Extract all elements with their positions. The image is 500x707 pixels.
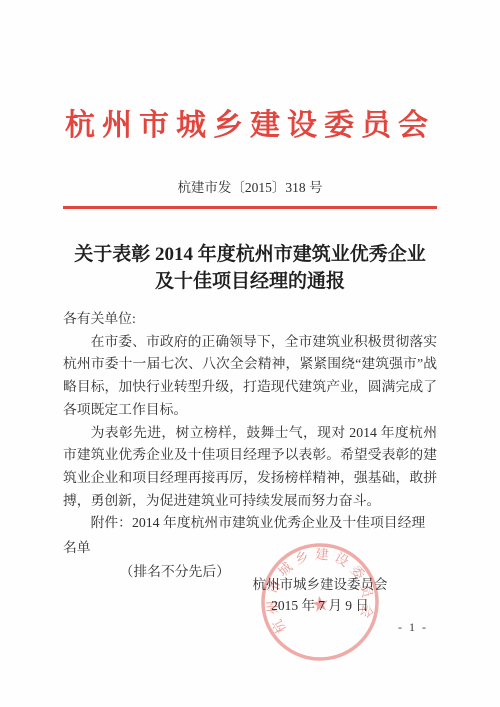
- body-paragraph-1: 在市委、市政府的正确领导下，全市建筑业积极贯彻落实杭州市委十一届七次、八次全会精…: [63, 331, 437, 422]
- document-number: 杭建市发〔2015〕318 号: [0, 176, 500, 196]
- signature-block: 杭州市城乡建设委员会 2015 年 7 月 9 日: [245, 574, 395, 616]
- issuer-header: 杭州市城乡建设委员会: [0, 100, 500, 144]
- signature-organization: 杭州市城乡建设委员会: [245, 574, 395, 595]
- signature-date: 2015 年 7 月 9 日: [245, 595, 395, 616]
- page-number: - 1 -: [398, 620, 428, 635]
- salutation: 各有关单位:: [63, 308, 437, 331]
- document-title-line2: 及十佳项目经理的通报: [30, 268, 470, 295]
- document-title: 关于表彰 2014 年度杭州市建筑业优秀企业 及十佳项目经理的通报: [30, 241, 470, 295]
- red-divider-rule: [63, 206, 437, 209]
- document-body: 各有关单位: 在市委、市政府的正确领导下，全市建筑业积极贯彻落实杭州市委十一届七…: [63, 308, 437, 512]
- official-document-page: 杭州市城乡建设委员会 杭建市发〔2015〕318 号 关于表彰 2014 年度杭…: [0, 0, 500, 707]
- document-title-line1: 关于表彰 2014 年度杭州市建筑业优秀企业: [30, 241, 470, 268]
- body-paragraph-2: 为表彰先进，树立榜样，鼓舞士气，现对 2014 年度杭州市建筑业优秀企业及十佳项…: [63, 422, 437, 513]
- attachment-title: 附件：2014 年度杭州市建筑业优秀企业及十佳项目经理名单: [63, 511, 437, 560]
